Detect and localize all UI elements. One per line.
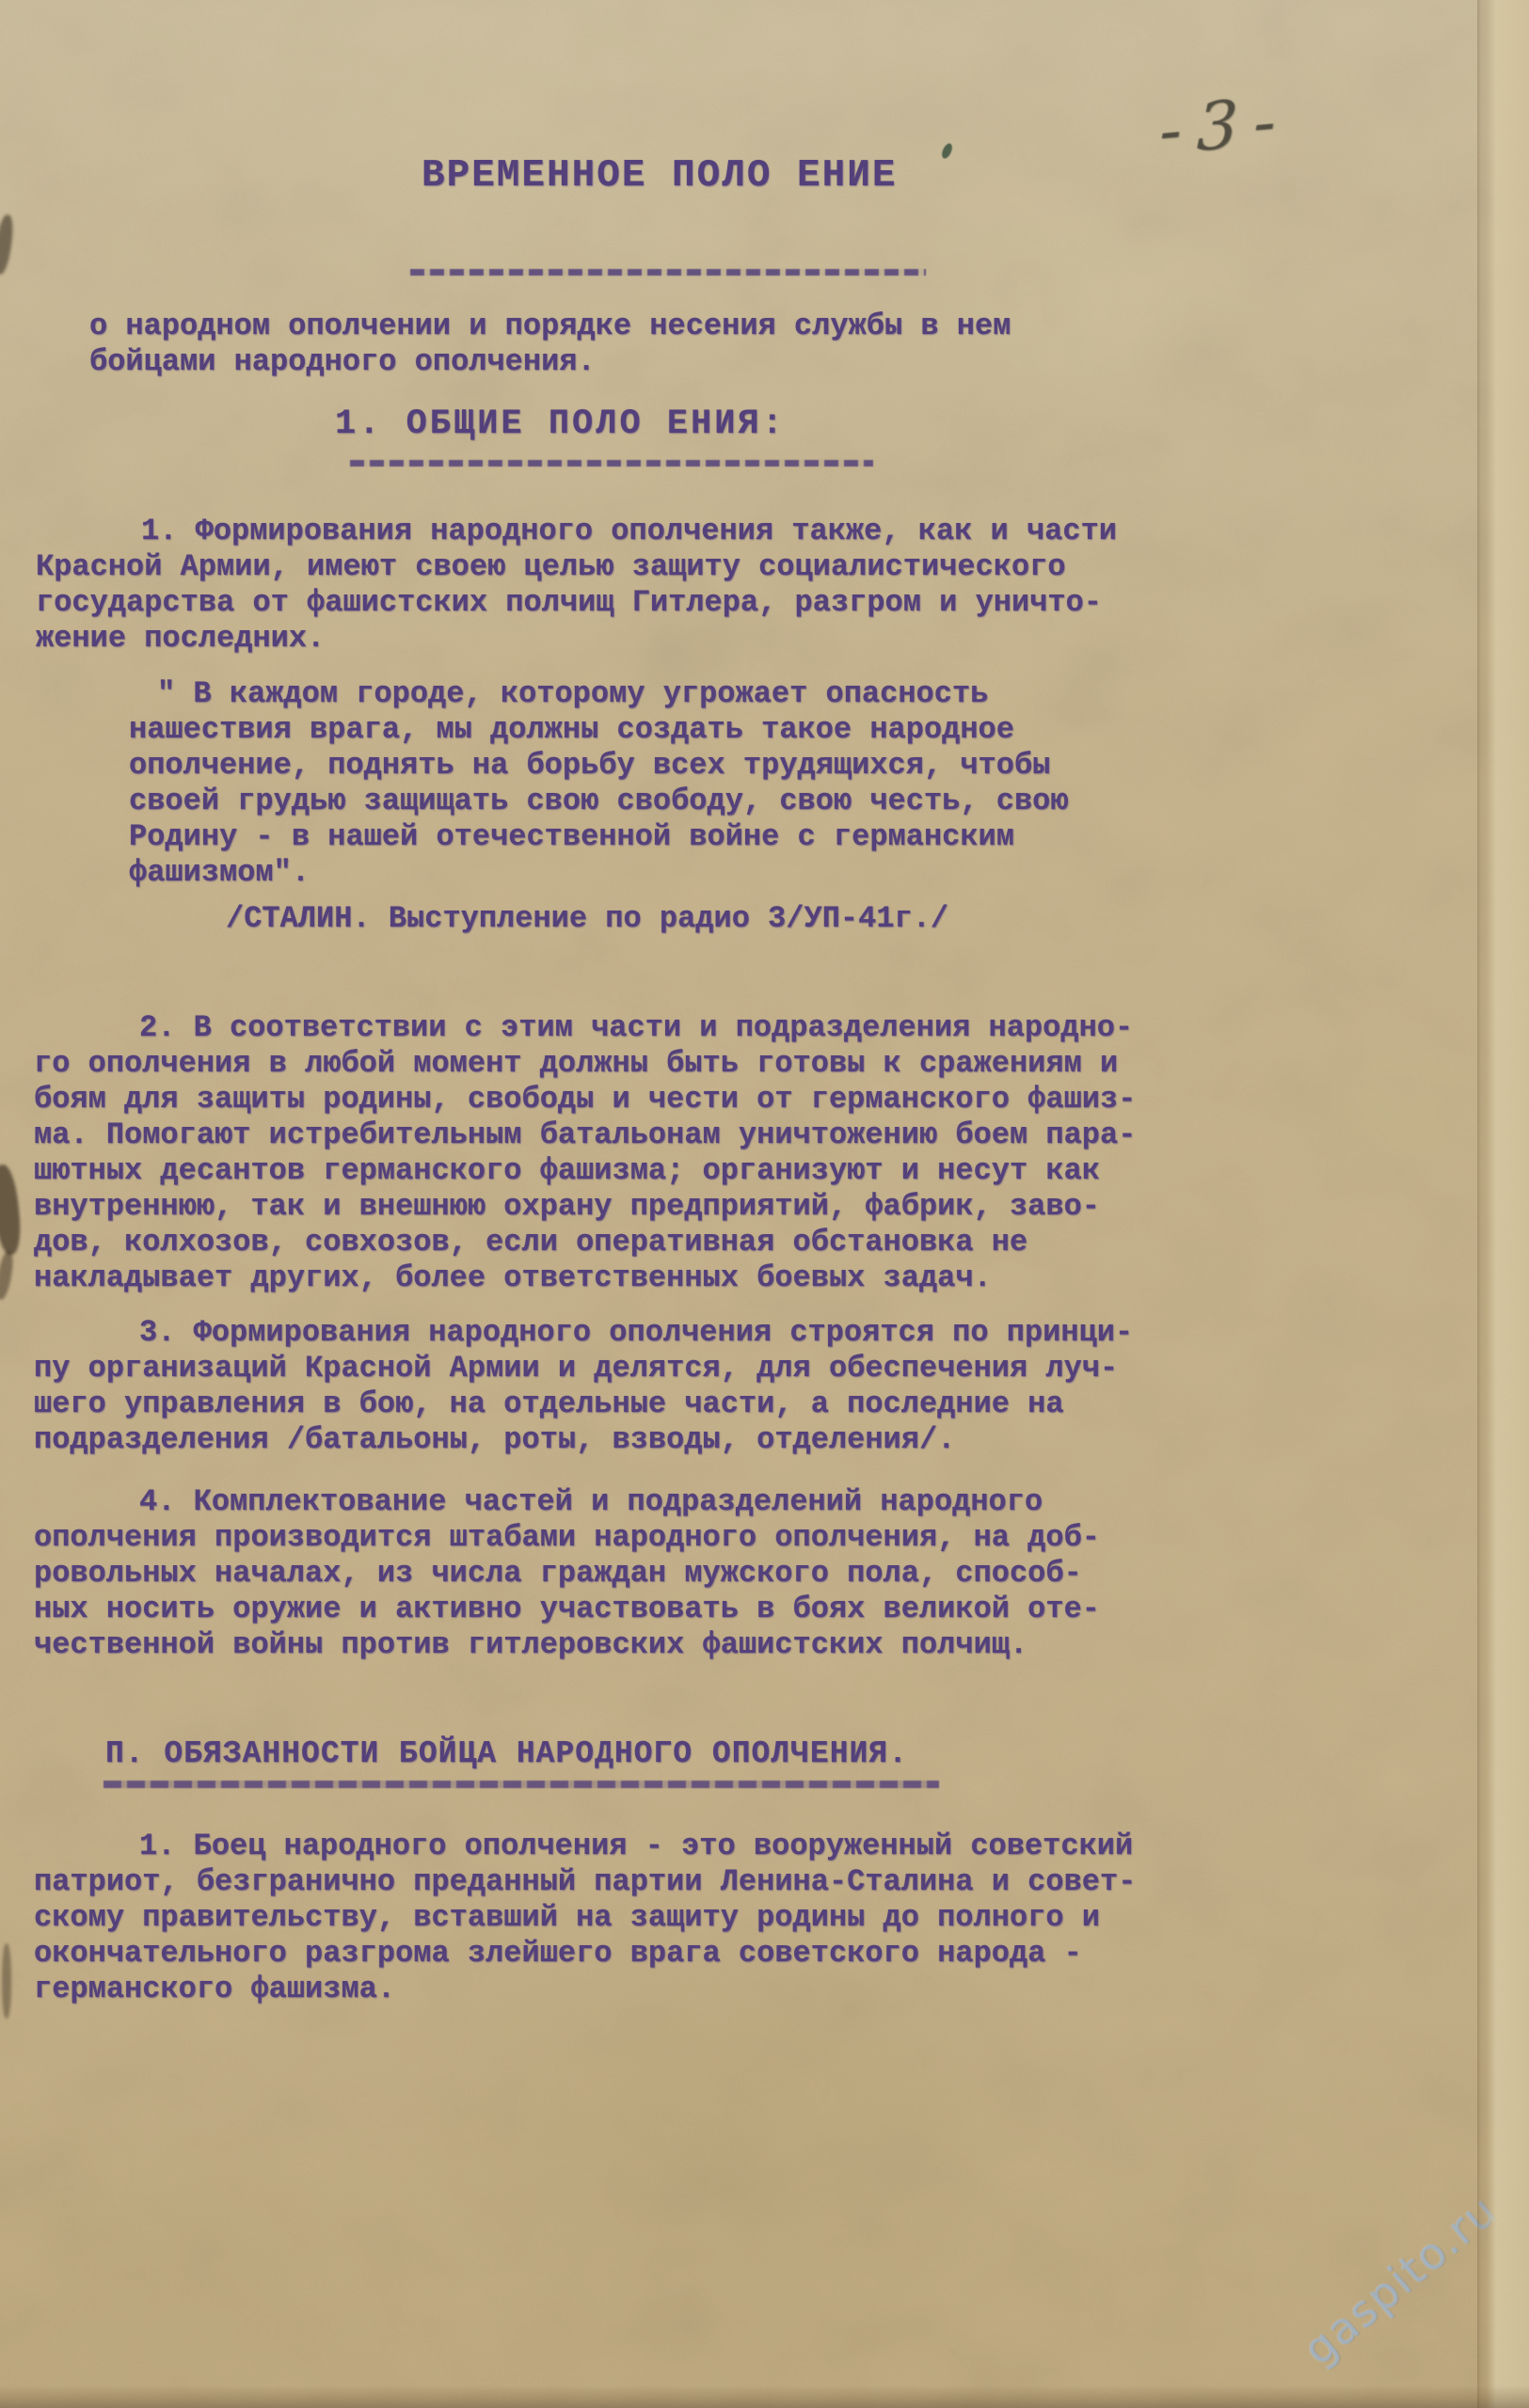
text-line: своей грудью защищать свою свободу, свою…: [129, 784, 1069, 819]
text-line: нашествия врага, мы должны создать такое…: [129, 712, 1069, 748]
section-2-heading-underline: [104, 1781, 939, 1788]
page-right-edge: [1477, 0, 1529, 2408]
text-line: Родину - в нашей отечественной войне с г…: [129, 819, 1069, 855]
handwritten-page-number: -3-: [1159, 81, 1292, 170]
text-line: германского фашизма.: [34, 1972, 1136, 2007]
quote-attribution: /СТАЛИН. Выступление по радио 3/УП-41г./: [226, 901, 948, 936]
text-line: 4. Комплектование частей и подразделений…: [34, 1484, 1100, 1520]
section-2-heading: П. ОБЯЗАННОСТИ БОЙЦА НАРОДНОГО ОПОЛЧЕНИЯ…: [105, 1736, 908, 1771]
page-bottom-edge-shadow: [0, 2385, 1529, 2408]
text-line: шего управления в бою, на отдельные част…: [34, 1386, 1133, 1422]
paragraph-1: 1. Формирования народного ополчения такж…: [36, 514, 1117, 657]
text-line: внутреннюю, так и внешнюю охрану предпри…: [34, 1189, 1136, 1225]
text-line: о народном ополчении и порядке несения с…: [89, 309, 1011, 344]
text-line: го ополчения в любой момент должны быть …: [34, 1046, 1136, 1082]
text-line: подразделения /батальоны, роты, взводы, …: [34, 1422, 1133, 1458]
section-1-heading: 1. ОБЩИЕ ПОЛО ЕНИЯ:: [335, 404, 786, 444]
text-line: " В каждом городе, которому угрожает опа…: [129, 676, 1069, 712]
text-line: ных носить оружие и активно участвовать …: [34, 1592, 1100, 1627]
text-line: ма. Помогают истребительным батальонам у…: [34, 1117, 1136, 1153]
edge-streak-mark: [2, 1943, 11, 2019]
text-line: скому правительству, вставший на защиту …: [34, 1900, 1136, 1936]
text-line: ополчения производится штабами народного…: [34, 1520, 1100, 1556]
text-line: бойцами народного ополчения.: [89, 344, 1011, 380]
paragraph-2: 2. В соответствии с этим части и подразд…: [34, 1010, 1136, 1296]
text-line: пу организаций Красной Армии и делятся, …: [34, 1351, 1133, 1386]
text-line: боям для защиты родины, свободы и чести …: [34, 1082, 1136, 1117]
text-line: 1. Формирования народного ополчения такж…: [36, 514, 1117, 549]
text-line: чественной войны против гитлеровских фаш…: [34, 1627, 1100, 1663]
text-line: окончательного разгрома злейшего врага с…: [34, 1936, 1136, 1972]
text-line: 3. Формирования народного ополчения стро…: [34, 1315, 1133, 1351]
section-2-paragraph-1: 1. Боец народного ополчения - это вооруж…: [34, 1829, 1136, 2007]
text-line: государства от фашистских полчищ Гитлера…: [36, 585, 1117, 621]
paragraph-4: 4. Комплектование частей и подразделений…: [34, 1484, 1100, 1663]
typewritten-ink-layer: ВРЕМЕННОЕ ПОЛО ЕНИЕ о народном ополчении…: [0, 0, 1529, 2408]
text-line: накладывает других, более ответственных …: [34, 1260, 1136, 1296]
text-line: жение последних.: [36, 621, 1117, 657]
text-line: 1. Боец народного ополчения - это вооруж…: [34, 1829, 1136, 1864]
title-dashed-underline: [410, 269, 926, 276]
text-line: Красной Армии, имеют своею целью защиту …: [36, 549, 1117, 585]
text-line: ополчение, поднять на борьбу всех трудящ…: [129, 748, 1069, 784]
text-line: ровольных началах, из числа граждан мужс…: [34, 1556, 1100, 1592]
paragraph-3: 3. Формирования народного ополчения стро…: [34, 1315, 1133, 1458]
document-subtitle: о народном ополчении и порядке несения с…: [89, 309, 1011, 380]
stalin-quote: " В каждом городе, которому угрожает опа…: [129, 676, 1069, 891]
text-line: патриот, безгранично преданный партии Ле…: [34, 1864, 1136, 1900]
text-line: 2. В соответствии с этим части и подразд…: [34, 1010, 1136, 1046]
text-line: дов, колхозов, совхозов, если оперативна…: [34, 1225, 1136, 1260]
text-line: фашизмом".: [129, 855, 1069, 891]
section-1-heading-underline: [350, 460, 873, 467]
document-title: ВРЕМЕННОЕ ПОЛО ЕНИЕ: [422, 154, 897, 198]
scanned-document-page: ВРЕМЕННОЕ ПОЛО ЕНИЕ о народном ополчении…: [0, 0, 1529, 2408]
text-line: шютных десантов германского фашизма; орг…: [34, 1153, 1136, 1189]
